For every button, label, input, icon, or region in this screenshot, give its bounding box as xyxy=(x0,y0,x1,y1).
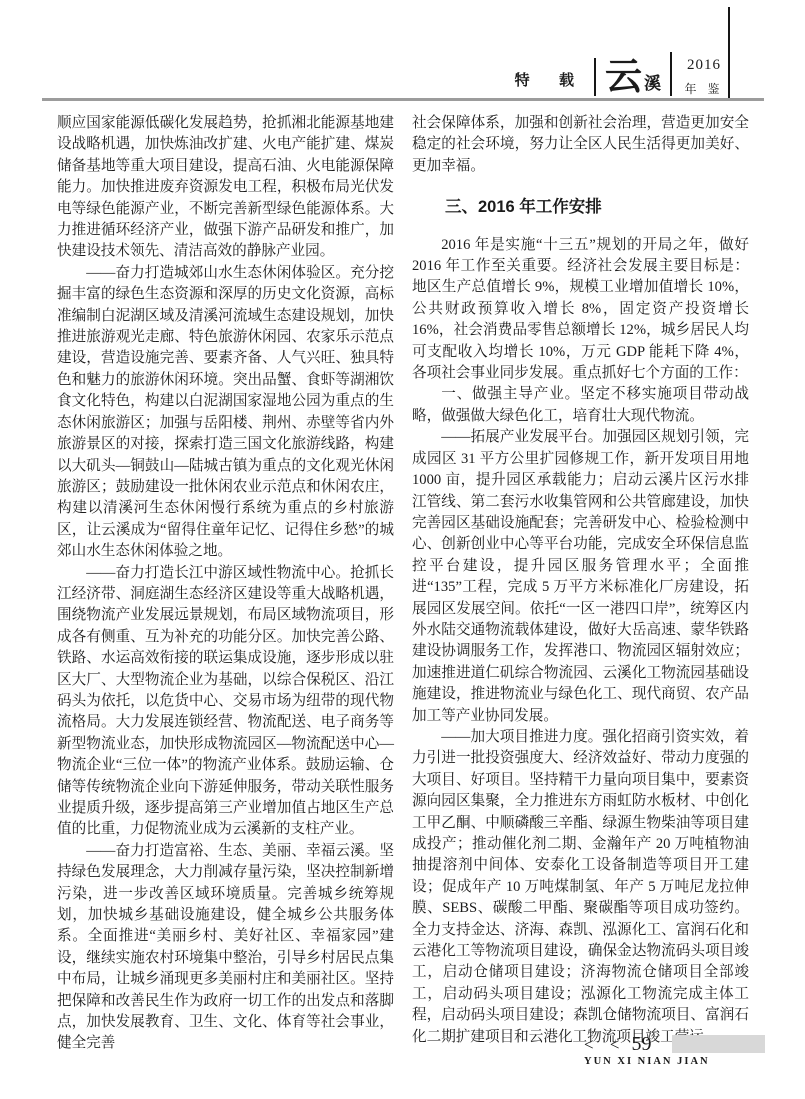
paragraph: ——奋力打造长江中游区域性物流中心。抢抓长江经济带、洞庭湖生态经济区建设等重大战… xyxy=(57,563,394,841)
yearbook-label: 年 鉴 xyxy=(684,76,723,97)
page-header: 特 载 云 溪 2016 年 鉴 xyxy=(515,52,727,97)
header-divider-3 xyxy=(728,7,730,98)
page-footer: < < 59 YUN XI NIAN JIAN xyxy=(0,1033,805,1083)
paragraph: ——奋力打造富裕、生态、美丽、幸福云溪。坚持绿色发展理念，大力削减存量污染，坚决… xyxy=(57,841,394,1055)
paragraph: 2016 年是实施“十三五”规划的开局之年，做好 2016 年工作至关重要。经济… xyxy=(412,235,749,385)
brand-logo: 云 溪 xyxy=(605,61,661,95)
footer-pinyin: YUN XI NIAN JIAN xyxy=(584,1056,710,1067)
page-number-row: < < 59 xyxy=(584,1033,651,1056)
paragraph: 顺应国家能源低碳化发展趋势，抢抓湘北能源基地建设战略机遇，加快炼油改扩建、火电产… xyxy=(57,113,394,263)
right-column: 社会保障体系，加强和创新社会治理，营造更加安全稳定的社会环境，努力让全区人民生活… xyxy=(412,113,749,1048)
paragraph: ——奋力打造城郊山水生态休闲体验区。充分挖掘丰富的绿色生态资源和深厚的历史文化资… xyxy=(57,263,394,563)
paragraph: ——拓展产业发展平台。加强园区规划引领，完成园区 31 平方公里扩园修规工作，新… xyxy=(412,427,749,727)
year-box: 2016 年 鉴 xyxy=(681,57,727,97)
footer-bar xyxy=(672,1035,765,1053)
footer-page-number: 59 xyxy=(631,1033,651,1056)
paragraph: ——加大项目推进力度。强化招商引资实效，着力引进一批投资强度大、经济效益好、带动… xyxy=(412,727,749,1048)
header-divider-1 xyxy=(594,58,596,96)
section-heading: 三、2016 年工作安排 xyxy=(412,197,749,218)
paragraph: 一、做强主导产业。坚定不移实施项目带动战略，做强做大绿色化工，培育壮大现代物流。 xyxy=(412,384,749,427)
footer-page-marks: < < xyxy=(584,1035,625,1055)
paragraph: 社会保障体系，加强和创新社会治理，营造更加安全稳定的社会环境，努力让全区人民生活… xyxy=(412,113,749,177)
header-rule xyxy=(42,98,764,101)
brand-char-large: 云 xyxy=(605,61,642,95)
left-column: 顺应国家能源低碳化发展趋势，抢抓湘北能源基地建设战略机遇，加快炼油改扩建、火电产… xyxy=(57,113,394,1055)
brand-char-small: 溪 xyxy=(644,69,661,94)
year-label: 2016 xyxy=(681,57,727,76)
yearbook-page: 特 载 云 溪 2016 年 鉴 顺应国家能源低碳化发展趋势，抢抓湘北能源基地建… xyxy=(0,0,805,1099)
section-label: 特 载 xyxy=(515,69,581,90)
header-divider-2 xyxy=(670,52,672,96)
